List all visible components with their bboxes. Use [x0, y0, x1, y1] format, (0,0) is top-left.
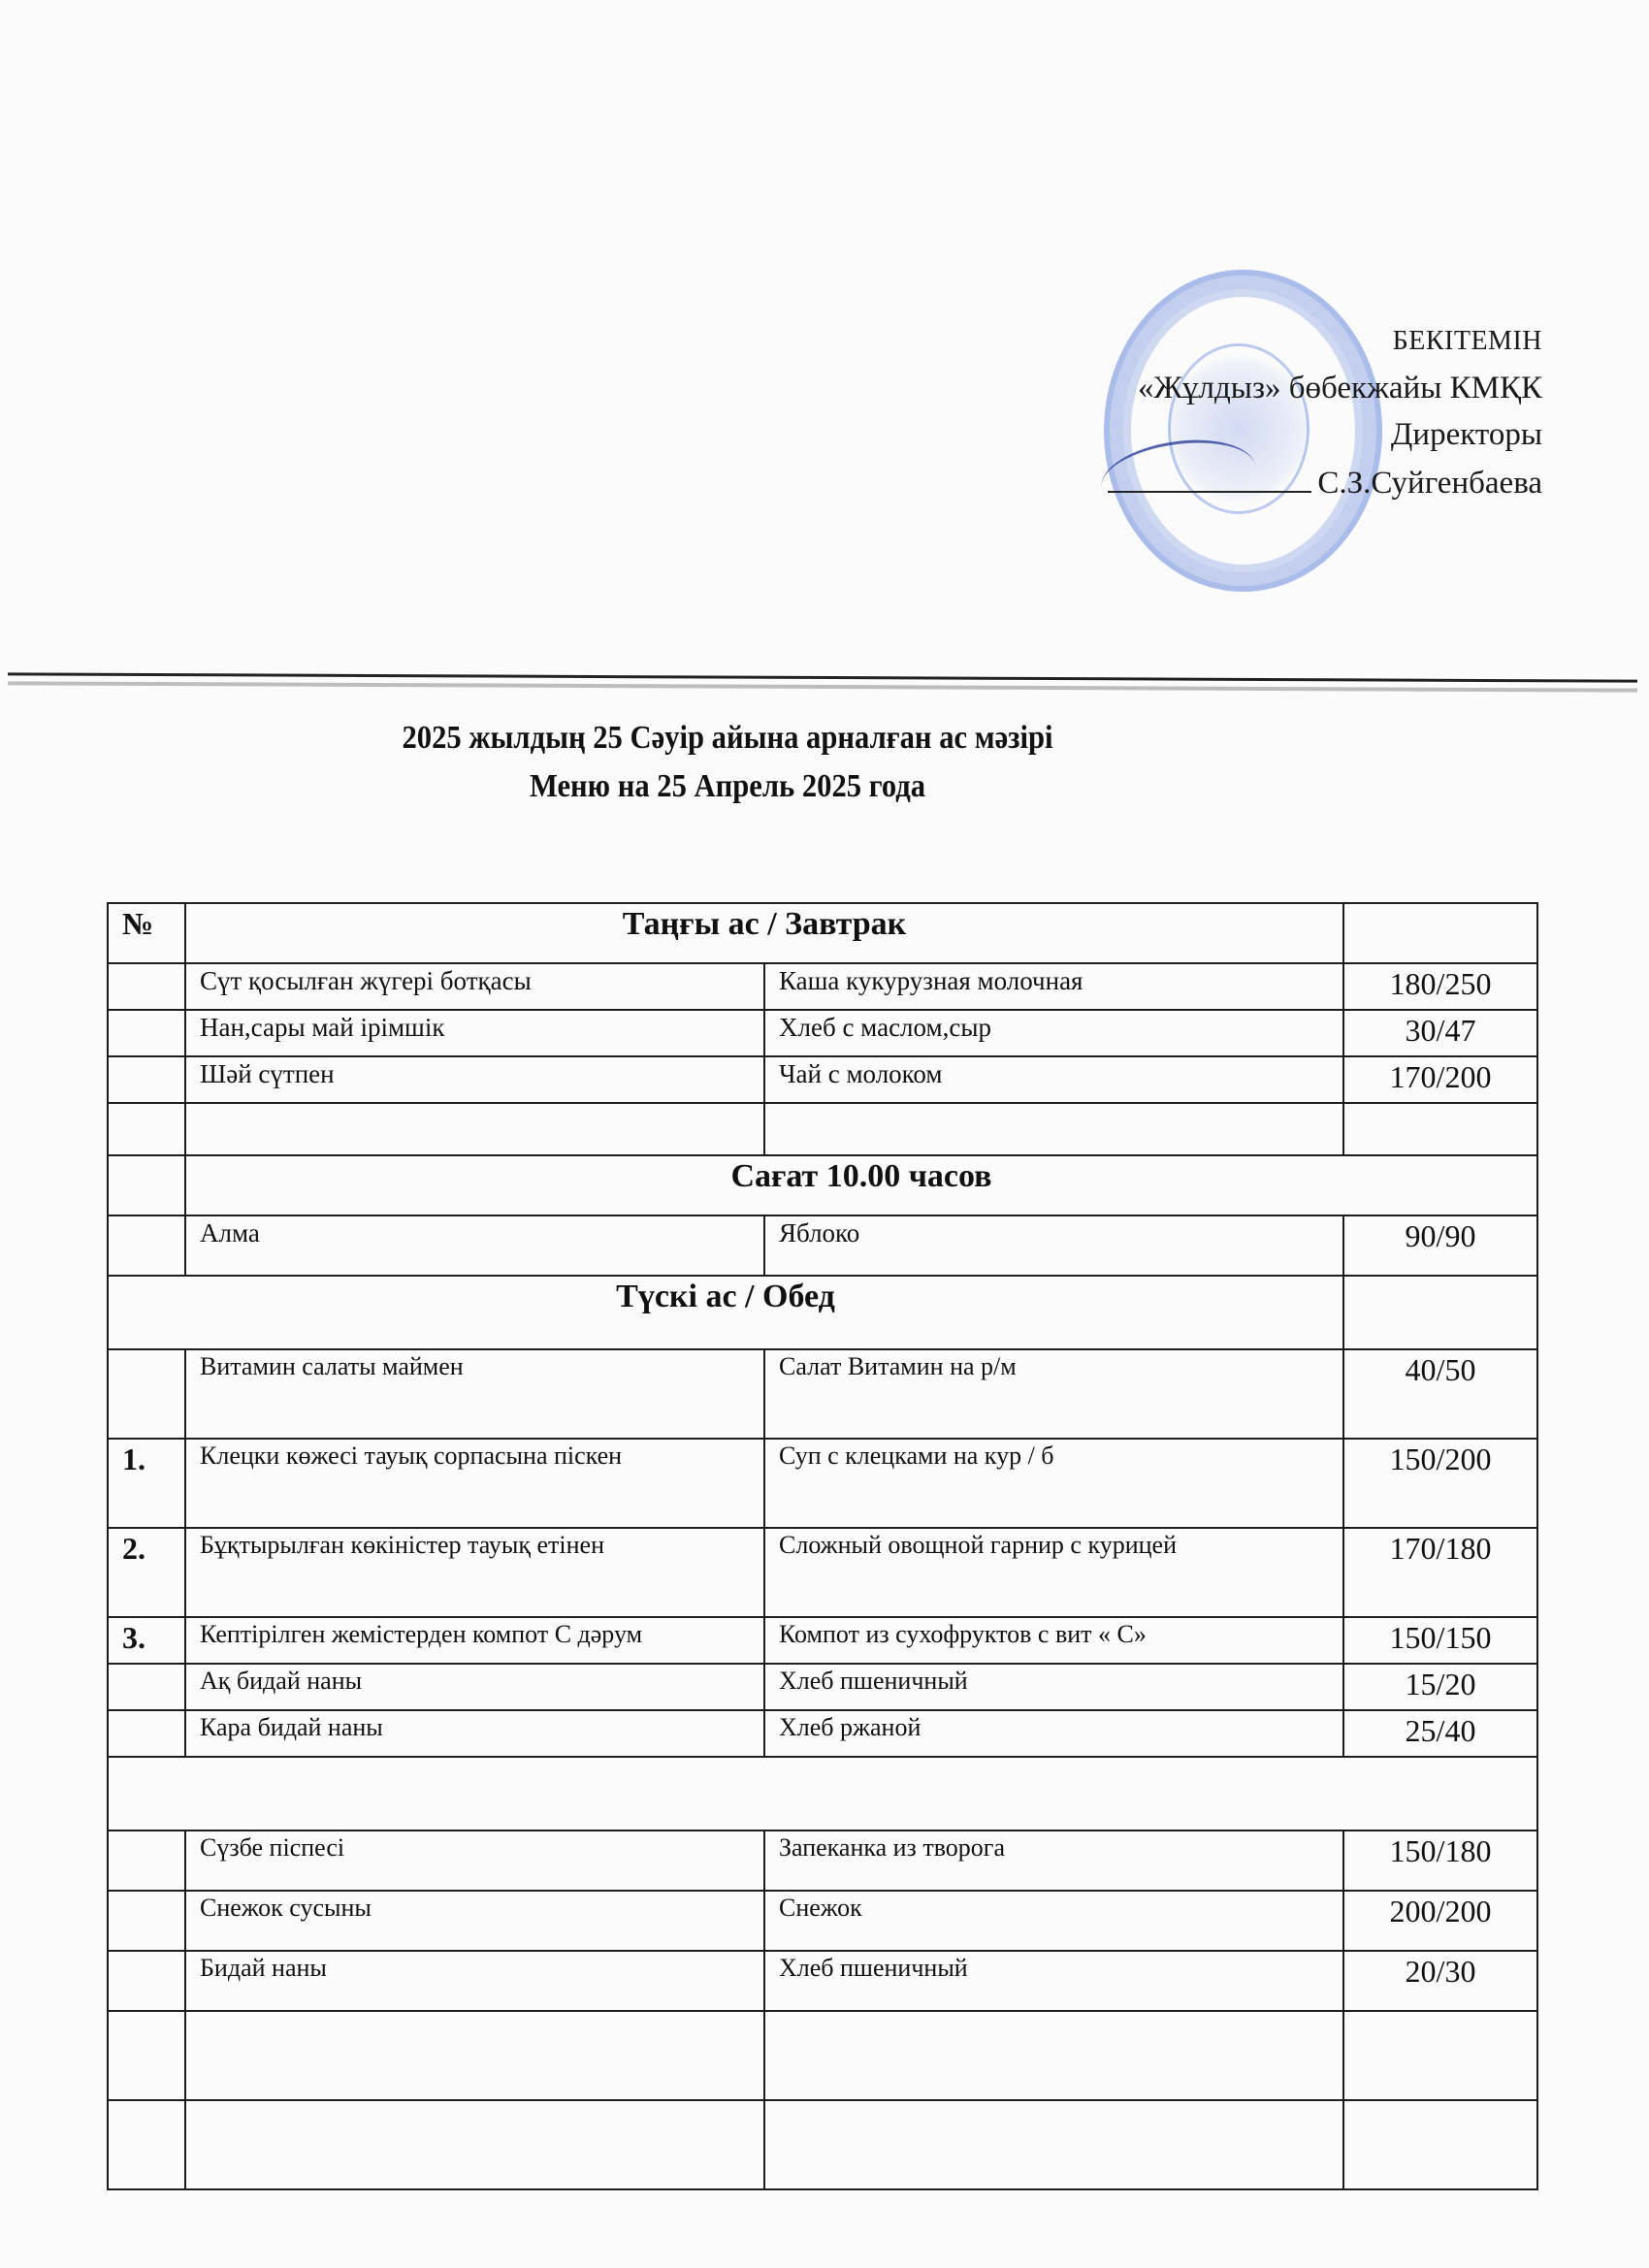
table-row: [108, 1757, 1537, 1831]
item-number: [108, 1664, 185, 1710]
dish-name-ru: Каша кукурузная молочная: [764, 963, 1343, 1010]
table-row: 2.Бұқтырылған көкіністер тауық етіненСло…: [108, 1528, 1537, 1617]
item-number: [108, 1349, 185, 1439]
portion-weight: [1343, 1103, 1537, 1155]
item-number: [108, 1056, 185, 1103]
portion-weight: 150/200: [1343, 1439, 1537, 1528]
item-number: 2.: [108, 1528, 185, 1617]
dish-name-ru: [764, 1103, 1343, 1155]
dish-name-kz: Нан,сары май ірімшік: [185, 1010, 764, 1056]
portion-header: [1343, 1276, 1537, 1349]
dish-name-kz: Алма: [185, 1215, 764, 1276]
portion-weight: 40/50: [1343, 1349, 1537, 1439]
item-number: 3.: [108, 1617, 185, 1664]
signature-line: [1108, 458, 1311, 493]
dish-name-ru: Суп с клецками на кур / б: [764, 1439, 1343, 1528]
dish-name-ru: Запеканка из творога: [764, 1831, 1343, 1891]
table-row: Нан,сары май ірімшікХлеб с маслом,сыр30/…: [108, 1010, 1537, 1056]
table-row: АлмаЯблоко90/90: [108, 1215, 1537, 1276]
section-header-snack: Сағат 10.00 часов: [185, 1155, 1537, 1215]
dish-name-kz: Кептірілген жемістерден компот С дәрум: [185, 1617, 764, 1664]
dish-name-kz: Кара бидай наны: [185, 1710, 764, 1757]
dish-name-ru: Компот из сухофруктов с вит « С»: [764, 1617, 1343, 1664]
table-row: Шәй сүтпенЧай с молоком170/200: [108, 1056, 1537, 1103]
dish-name-ru: Чай с молоком: [764, 1056, 1343, 1103]
dish-name-kz: Сүзбе піспесі: [185, 1831, 764, 1891]
portion-weight: 15/20: [1343, 1664, 1537, 1710]
dish-name-ru: Хлеб пшеничный: [764, 1664, 1343, 1710]
portion-weight: 170/180: [1343, 1528, 1537, 1617]
portion-weight: 150/180: [1343, 1831, 1537, 1891]
dish-name-ru: Яблоко: [764, 1215, 1343, 1276]
table-row: Витамин салаты майменСалат Витамин на р/…: [108, 1349, 1537, 1439]
table-row: [108, 2011, 1537, 2100]
dish-name-ru: Сложный овощной гарнир с курицей: [764, 1528, 1343, 1617]
item-number: [108, 2011, 185, 2100]
table-row: Бидай наныХлеб пшеничный20/30: [108, 1951, 1537, 2011]
section-header-lunch: Түскі ас / Обед: [108, 1276, 1343, 1349]
number-header: №: [108, 903, 185, 963]
portion-weight: 20/30: [1343, 1951, 1537, 2011]
item-number: [108, 1831, 185, 1891]
item-number: [108, 1215, 185, 1276]
dish-name-kz: Ақ бидай наны: [185, 1664, 764, 1710]
dish-name-ru: [764, 2011, 1343, 2100]
dish-name-ru: Хлеб с маслом,сыр: [764, 1010, 1343, 1056]
portion-weight: [1343, 2100, 1537, 2189]
item-number: 1.: [108, 1439, 185, 1528]
dish-name-kz: [185, 2100, 764, 2189]
table-row: 3.Кептірілген жемістерден компот С дәрум…: [108, 1617, 1537, 1664]
dish-name-ru: Снежок: [764, 1891, 1343, 1951]
section-header-breakfast: Таңғы ас / Завтрак: [185, 903, 1343, 963]
dish-name-ru: Хлеб пшеничный: [764, 1951, 1343, 2011]
portion-weight: 150/150: [1343, 1617, 1537, 1664]
approval-heading: БЕКІТЕМІН: [1108, 318, 1542, 365]
approval-organization: «Жұлдыз» бөбекжайы КМҚК: [1108, 365, 1542, 411]
table-row: Сүт қосылған жүгері ботқасыКаша кукурузн…: [108, 963, 1537, 1010]
approval-position: Директоры: [1108, 411, 1542, 458]
dish-name-kz: [185, 1103, 764, 1155]
dish-name-kz: [185, 2011, 764, 2100]
page-title-ru: Меню на 25 Апрель 2025 года: [0, 768, 1470, 805]
approval-name: С.З.Суйгенбаева: [1317, 466, 1542, 501]
approval-block: БЕКІТЕМІН «Жұлдыз» бөбекжайы КМҚК Директ…: [1108, 318, 1542, 506]
item-number: [108, 1951, 185, 2011]
table-row: Түскі ас / Обед: [108, 1276, 1537, 1349]
table-row: [108, 2100, 1537, 2189]
table-row: Сүзбе піспесіЗапеканка из творога150/180: [108, 1831, 1537, 1891]
dish-name-kz: Витамин салаты маймен: [185, 1349, 764, 1439]
table-row: 1.Клецки көжесі тауық сорпасына піскенСу…: [108, 1439, 1537, 1528]
dish-name-kz: Шәй сүтпен: [185, 1056, 764, 1103]
portion-weight: [1343, 2011, 1537, 2100]
table-row: Сағат 10.00 часов: [108, 1155, 1537, 1215]
dish-name-kz: Сүт қосылған жүгері ботқасы: [185, 963, 764, 1010]
portion-weight: 25/40: [1343, 1710, 1537, 1757]
portion-weight: 30/47: [1343, 1010, 1537, 1056]
table-row: №Таңғы ас / Завтрак: [108, 903, 1537, 963]
portion-weight: 200/200: [1343, 1891, 1537, 1951]
item-number: [108, 1155, 185, 1215]
table-row: Кара бидай наныХлеб ржаной25/40: [108, 1710, 1537, 1757]
table-row: [108, 1103, 1537, 1155]
item-number: [108, 963, 185, 1010]
item-number: [108, 1103, 185, 1155]
divider: [8, 672, 1637, 692]
dish-name-kz: Снежок сусыны: [185, 1891, 764, 1951]
portion-weight: 180/250: [1343, 963, 1537, 1010]
portion-header: [1343, 903, 1537, 963]
dish-name-ru: Хлеб ржаной: [764, 1710, 1343, 1757]
menu-table: №Таңғы ас / ЗавтракСүт қосылған жүгері б…: [107, 902, 1538, 2190]
table-row: Снежок сусыныСнежок200/200: [108, 1891, 1537, 1951]
portion-weight: 90/90: [1343, 1215, 1537, 1276]
table-row: Ақ бидай наныХлеб пшеничный15/20: [108, 1664, 1537, 1710]
dish-name-kz: Клецки көжесі тауық сорпасына піскен: [185, 1439, 764, 1528]
item-number: [108, 1891, 185, 1951]
item-number: [108, 2100, 185, 2189]
dish-name-ru: [764, 2100, 1343, 2189]
dish-name-kz: Бидай наны: [185, 1951, 764, 2011]
item-number: [108, 1010, 185, 1056]
dish-name-ru: Салат Витамин на р/м: [764, 1349, 1343, 1439]
portion-weight: 170/200: [1343, 1056, 1537, 1103]
dish-name-kz: Бұқтырылған көкіністер тауық етінен: [185, 1528, 764, 1617]
item-number: [108, 1710, 185, 1757]
page-title-kz: 2025 жылдың 25 Сәуір айына арналған ас м…: [0, 720, 1470, 757]
spacer-cell: [108, 1757, 1537, 1831]
